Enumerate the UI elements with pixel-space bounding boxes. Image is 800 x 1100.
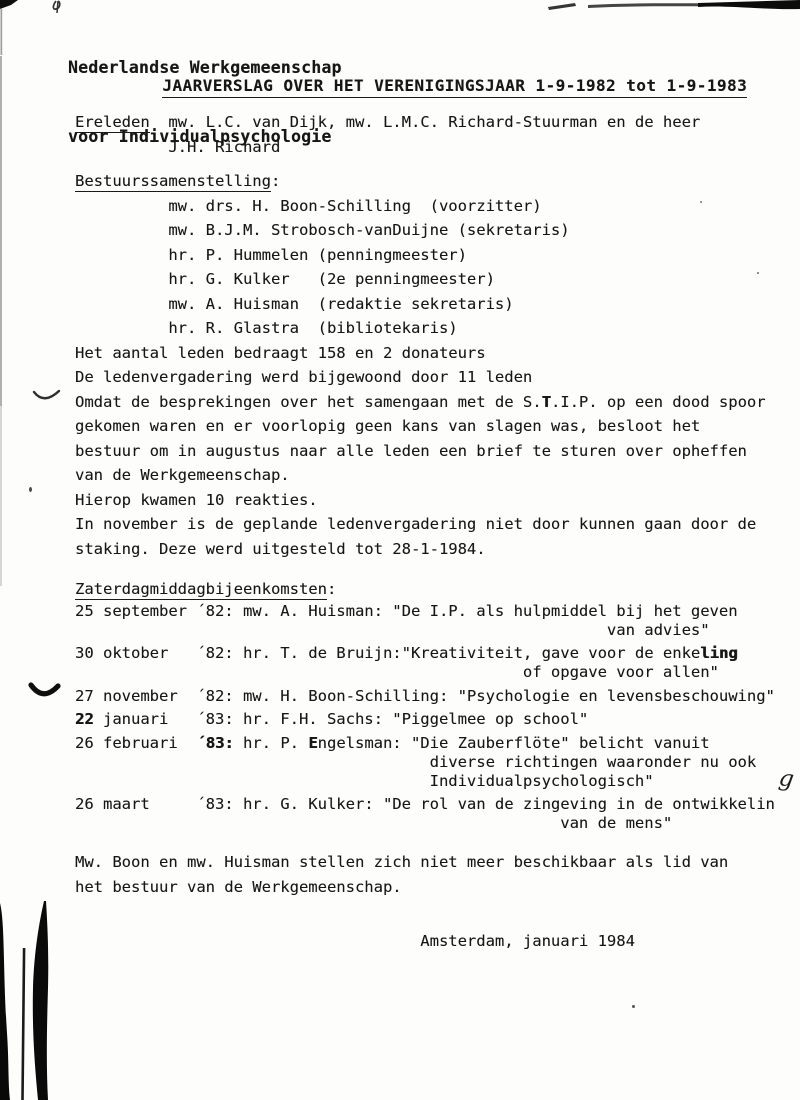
bestuur: Bestuurssamenstelling: mw. drs. H. Boon-… (75, 169, 795, 341)
meeting-entry: 26 maart ´83: hr. G. Kulker: "De rol van… (75, 795, 795, 833)
text-line: 26 februari ´83: hr. P. Engelsman: "Die … (75, 734, 795, 753)
text-line: of opgave voor allen" (75, 663, 795, 682)
text-line: 30 oktober ´82: hr. T. de Bruijn:"Kreati… (75, 644, 795, 663)
margin-check-mark-1 (31, 386, 63, 406)
text-line: mw. B.J.M. Strobosch-vanDuijne (sekretar… (75, 218, 795, 243)
text-line: Amsterdam, januari 1984 (75, 929, 795, 954)
bijeenkomsten-heading: Zaterdagmiddagbijeenkomsten: (75, 577, 795, 602)
ereleden: Ereleden mw. L.C. van Dijk, mw. L.M.C. R… (75, 110, 795, 159)
text-line: van de Werkgemeenschap. (75, 463, 795, 488)
text-line: bestuur om in augustus naar alle leden e… (75, 439, 795, 464)
text-line: van advies" (75, 621, 795, 640)
leden-paragraaf: Het aantal leden bedraagt 158 en 2 donat… (75, 341, 795, 562)
text-line: J.H. Richard (75, 135, 795, 160)
scan-edge-line (0, 56, 2, 406)
meeting-entry: 22 januari ´83: hr. F.H. Sachs: "Piggelm… (75, 710, 795, 729)
text-line: hr. R. Glastra (bibliotekaris) (75, 316, 795, 341)
paper-speck (757, 272, 759, 274)
text-line: In november is de geplande ledenvergader… (75, 512, 795, 537)
bijeenkomsten: 25 september ´82: mw. A. Huisman: "De I.… (75, 602, 795, 834)
scan-edge-line-2 (0, 406, 2, 586)
text-line: gekomen waren en er voorlopig geen kans … (75, 414, 795, 439)
margin-dot (29, 487, 32, 492)
text-line: hr. P. Hummelen (penningmeester) (75, 243, 795, 268)
text-line: Mw. Boon en mw. Huisman stellen zich nie… (75, 850, 795, 875)
text-line: van de mens" (75, 814, 795, 833)
text-line: Het aantal leden bedraagt 158 en 2 donat… (75, 341, 795, 366)
text-line: mw. drs. H. Boon-Schilling (voorzitter) (75, 194, 795, 219)
text-line: het bestuur van de Werkgemeenschap. (75, 875, 795, 900)
document-title: JAARVERSLAG OVER HET VERENIGINGSJAAR 1-9… (122, 57, 747, 114)
margin-check-mark-2 (27, 679, 63, 701)
ink-mark-top-left (0, 0, 80, 56)
text-line: Zaterdagmiddagbijeenkomsten: (75, 577, 795, 602)
text-line: 22 januari ´83: hr. F.H. Sachs: "Piggelm… (75, 710, 795, 729)
ink-smudge-top-right (540, 0, 800, 16)
text-line: Hierop kwamen 10 reakties. (75, 488, 795, 513)
scanned-document-page: Nederlandse Werkgemeenschap voor Individ… (0, 0, 800, 1100)
document-body: Ereleden mw. L.C. van Dijk, mw. L.M.C. R… (75, 110, 795, 954)
text-line: 25 september ´82: mw. A. Huisman: "De I.… (75, 602, 795, 621)
meeting-entry: 30 oktober ´82: hr. T. de Bruijn:"Kreati… (75, 644, 795, 682)
text-line: Ereleden mw. L.C. van Dijk, mw. L.M.C. R… (75, 110, 795, 135)
text-line: 26 maart ´83: hr. G. Kulker: "De rol van… (75, 795, 795, 814)
meeting-entry: 27 november ´82: mw. H. Boon-Schilling: … (75, 687, 795, 706)
paper-speck (632, 1005, 635, 1008)
paper-speck (700, 201, 702, 203)
meeting-entry: 25 september ´82: mw. A. Huisman: "De I.… (75, 602, 795, 640)
ondertekening: Amsterdam, januari 1984 (75, 929, 795, 954)
text-line: staking. Deze werd uitgesteld tot 28-1-1… (75, 537, 795, 562)
meeting-entry: 26 februari ´83: hr. P. Engelsman: "Die … (75, 734, 795, 791)
text-line: Individualpsychologisch" (75, 772, 795, 791)
text-line: hr. G. Kulker (2e penningmeester) (75, 267, 795, 292)
text-line: De ledenvergadering werd bijgewoond door… (75, 365, 795, 390)
text-line: diverse richtingen waaronder nu ook (75, 753, 795, 772)
ink-streak-bottom-left (0, 893, 62, 1100)
text-line: mw. A. Huisman (redaktie sekretaris) (75, 292, 795, 317)
text-line: 27 november ´82: mw. H. Boon-Schilling: … (75, 687, 795, 706)
text-line: Omdat de besprekingen over het samengaan… (75, 390, 795, 415)
text-line: Bestuurssamenstelling: (75, 169, 795, 194)
slot: Mw. Boon en mw. Huisman stellen zich nie… (75, 850, 795, 899)
